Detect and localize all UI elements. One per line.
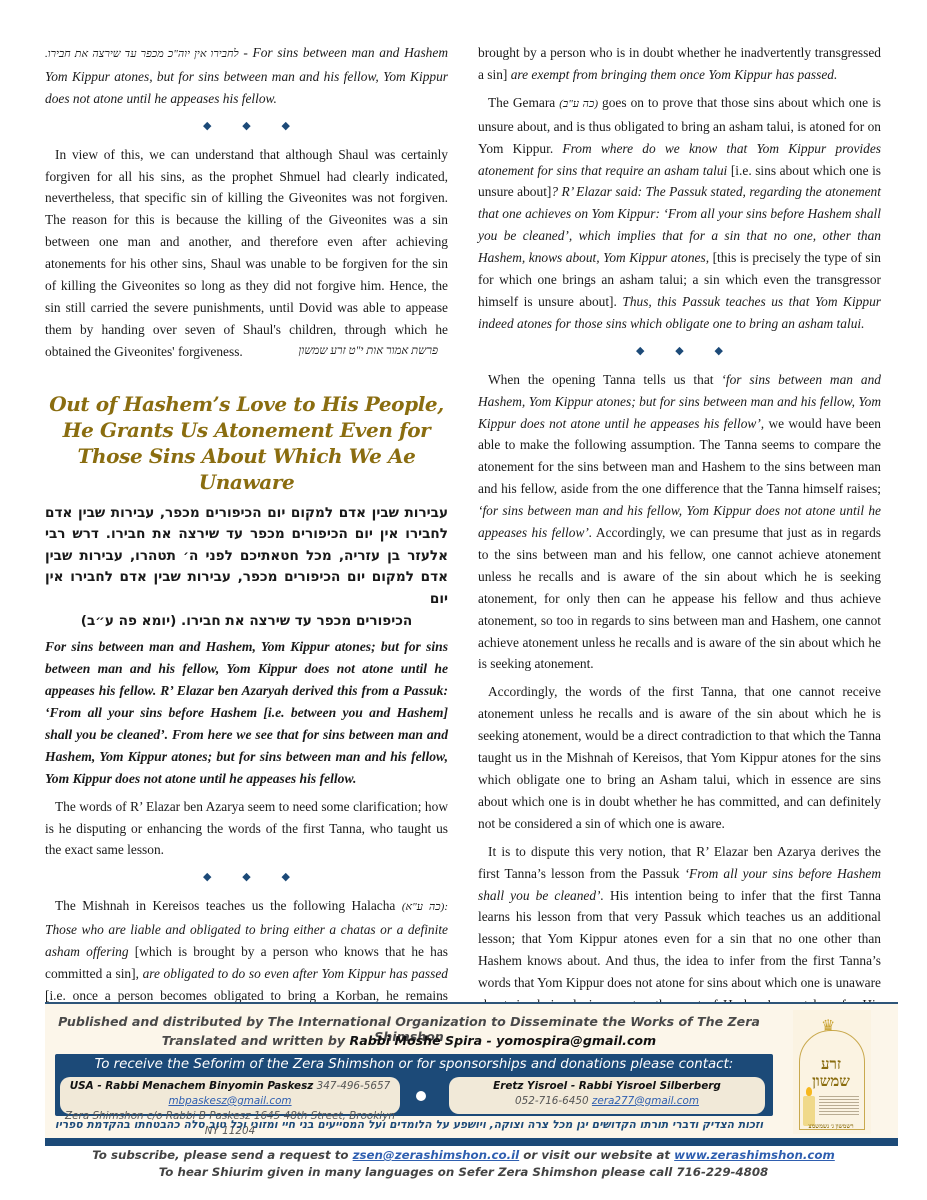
paragraph-continuation: brought by a person who is in doubt whet… — [478, 42, 881, 86]
subscribe-line: To subscribe, please send a request to z… — [0, 1148, 927, 1162]
hebrew-source-text: עבירות שבין אדם למקום יום הכיפורים מכפר,… — [45, 503, 448, 633]
left-column: לחבירו אין יוה"כ מכפר עד שירצה את חבירו.… — [45, 42, 448, 1078]
paragraph-gemara: The Gemara (כה ע"ב) goes on to prove tha… — [478, 92, 881, 335]
crown-icon: ♛ — [821, 1016, 835, 1036]
contact-title: To receive the Seforim of the Zera Shims… — [55, 1057, 773, 1072]
article-heading: Out of Hashem’s Love to His People, He G… — [45, 391, 448, 495]
section-divider: ◆ ◆ ◆ — [45, 116, 448, 138]
zera-shimshon-logo: ♛ זרע שמשון רשמשון ג׳ נשמשמצ — [793, 1010, 871, 1134]
divider-dot — [416, 1091, 426, 1101]
subscribe-email-link[interactable]: zsen@zerashimshon.co.il — [353, 1148, 520, 1162]
footer-bottom-bar — [45, 1138, 898, 1146]
paragraph-opening-tanna: When the opening Tanna tells us that ‘fo… — [478, 369, 881, 676]
paragraph-words: The words of R’ Elazar ben Azarya seem t… — [45, 796, 448, 862]
candle-icon — [803, 1096, 815, 1126]
translator-name: Rabbi Moshe Spira - yomospira@gmail.com — [350, 1033, 657, 1048]
top-paragraph: לחבירו אין יוה"כ מכפר עד שירצה את חבירו.… — [45, 42, 448, 110]
publisher-footer: Published and distributed by The Interna… — [45, 1002, 898, 1144]
usa-contact: USA - Rabbi Menachem Binyomin Paskesz 34… — [60, 1077, 400, 1114]
candle-flame-icon — [806, 1087, 812, 1096]
usa-email-link[interactable]: mbpaskesz@gmail.com — [168, 1095, 291, 1107]
section-divider: ◆ ◆ ◆ — [45, 867, 448, 889]
shiurim-line: To hear Shiurim given in many languages … — [0, 1165, 927, 1179]
paragraph-shaul: In view of this, we can understand that … — [45, 144, 448, 363]
logo-subtitle: רשמשון ג׳ נשמשמצ — [793, 1124, 869, 1130]
israel-email-link[interactable]: zera277@gmail.com — [592, 1095, 699, 1107]
source-reference: פרשת אמור אות י"ט זרע שמשון — [299, 341, 449, 363]
translated-by-line: Translated and written by Rabbi Moshe Sp… — [45, 1033, 773, 1048]
website-link[interactable]: www.zerashimshon.com — [674, 1148, 835, 1162]
contact-bar: To receive the Seforim of the Zera Shims… — [55, 1054, 773, 1116]
source-translation: For sins between man and Hashem, Yom Kip… — [45, 636, 448, 789]
israel-contact: Eretz Yisroel - Rabbi Yisroel Silberberg… — [449, 1077, 765, 1114]
hebrew-blessing: וזכות הצדיק ודברי תורתו הקדושים יגן מכל … — [45, 1118, 773, 1131]
gemara-source: (כה ע"ב) — [559, 98, 598, 110]
paragraph-accordingly: Accordingly, the words of the first Tann… — [478, 681, 881, 834]
section-divider: ◆ ◆ ◆ — [478, 341, 881, 363]
right-column: brought by a person who is in doubt whet… — [478, 42, 881, 1066]
hebrew-source-citation: הכיפורים מכפר עד שירצה את חבירו. (יומא פ… — [45, 611, 448, 633]
hebrew-fragment: לחבירו אין יוה"כ מכפר עד שירצה את חבירו. — [45, 48, 239, 60]
logo-text-lines — [819, 1094, 859, 1116]
mishnah-source: (כה ע"א): — [402, 901, 448, 913]
logo-title: זרע שמשון — [793, 1056, 869, 1090]
